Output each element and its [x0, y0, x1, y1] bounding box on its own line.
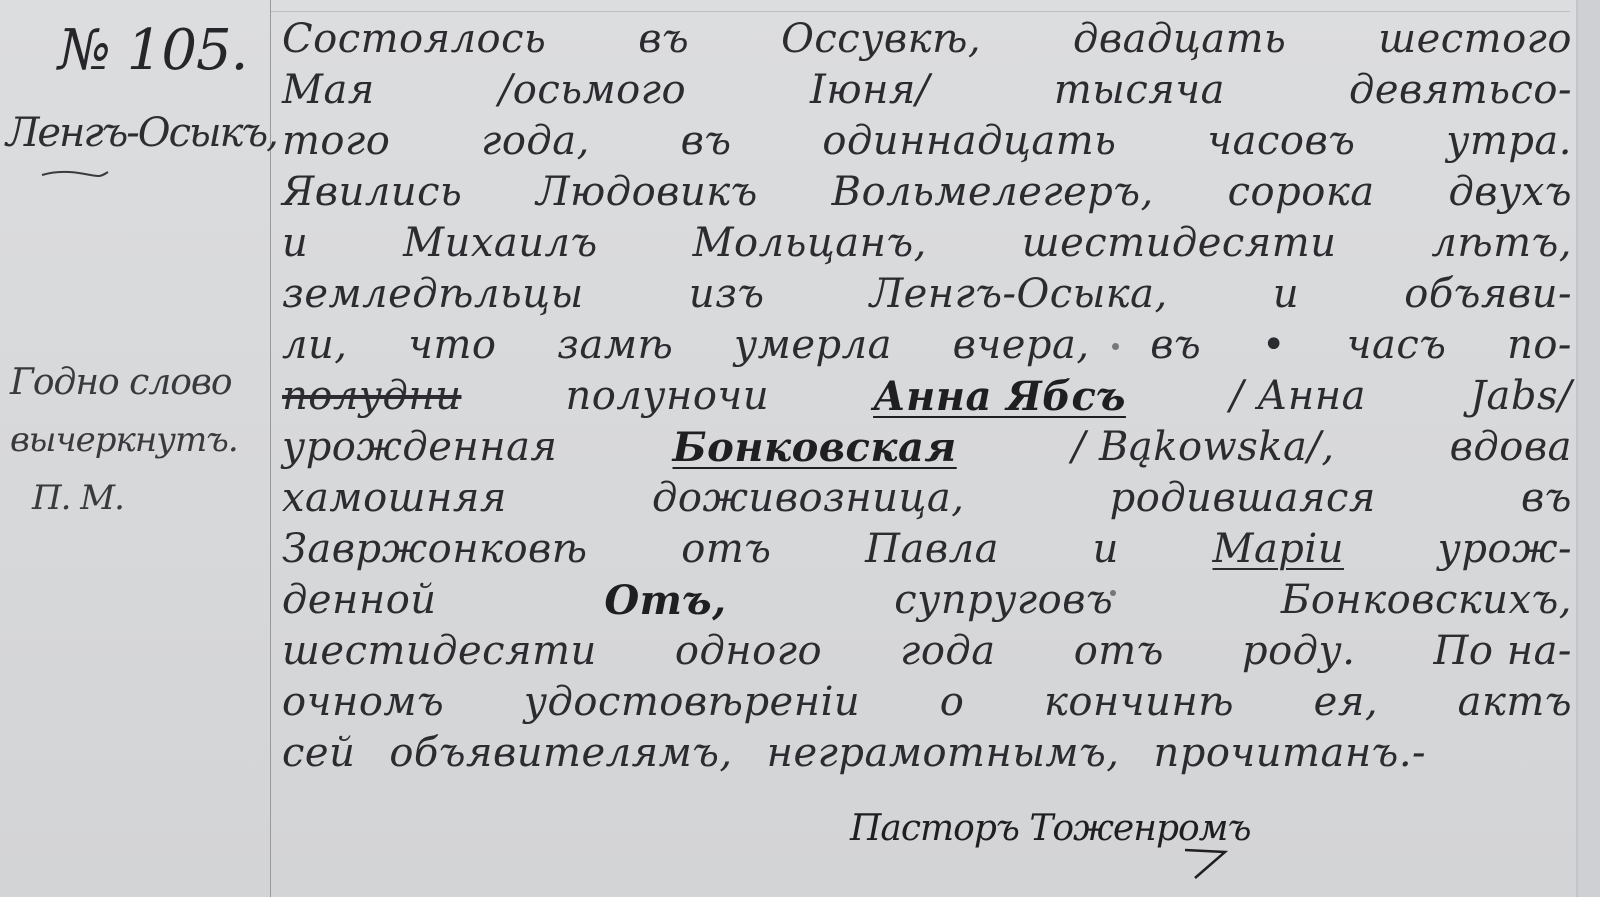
ink-blot	[1110, 590, 1116, 596]
word: родившаяся	[1110, 473, 1376, 524]
word: Jabs/	[1470, 371, 1572, 422]
word: утра.	[1446, 116, 1572, 167]
word: въ	[1521, 473, 1572, 524]
word: года,	[481, 116, 590, 167]
word: доживозница,	[652, 473, 964, 524]
mother-name: Маріи	[1213, 524, 1344, 575]
word: Осcувкѣ,	[781, 14, 981, 65]
ink-blot	[1112, 343, 1119, 350]
text-line-4: Явились Людовикъ Вольмелегеръ, сорока дв…	[282, 167, 1572, 218]
entry-number: № 105.	[58, 18, 247, 83]
word: / Анна	[1230, 371, 1366, 422]
word: супруговъ	[894, 575, 1113, 626]
correction-note-initials: П. М.	[32, 478, 124, 518]
word: очномъ	[282, 677, 444, 728]
top-rule	[270, 11, 1570, 12]
word: одиннадцать	[822, 116, 1116, 167]
word: урожденная	[282, 422, 557, 473]
word: Отъ,	[604, 575, 726, 626]
word: и	[1273, 269, 1299, 320]
text-line-2: Мая /осьмого Iюня/ тысяча девятьсо-	[282, 65, 1572, 116]
tilde-flourish-icon	[40, 168, 110, 180]
word: ли,	[282, 320, 347, 371]
word: роду.	[1242, 626, 1355, 677]
word: по-	[1507, 320, 1572, 371]
word: Мольцанъ,	[693, 218, 927, 269]
word: Людовикъ	[536, 167, 758, 218]
text-line-10: хамошняя доживозница, родившаяся въ	[282, 473, 1572, 524]
text-line-12: денной Отъ, супруговъ Бонковскихъ,	[282, 575, 1572, 626]
word: вчера,	[953, 320, 1090, 371]
word: объяви-	[1404, 269, 1572, 320]
word: денной	[282, 575, 437, 626]
text-line-1: Состоялось въ Осcувкѣ, двадцать шестого	[282, 14, 1572, 65]
text-line-14: очномъ удостовѣреніи о кончинѣ ея, актъ	[282, 677, 1572, 728]
text-line-13: шестидесяти одного года отъ роду. По на-	[282, 626, 1572, 677]
text-line-15: сей объявителямъ, неграмотнымъ, прочитан…	[282, 728, 1572, 779]
word: вдова	[1450, 422, 1572, 473]
word: земледѣльцы	[282, 269, 584, 320]
word: /осьмого	[499, 65, 686, 116]
word: одного	[675, 626, 822, 677]
word: часъ	[1347, 320, 1447, 371]
word: По на-	[1434, 626, 1572, 677]
word: того	[282, 116, 390, 167]
text-line-7: ли, что замѣ умерла вчера, въ • часъ по-	[282, 320, 1572, 371]
word: Михаилъ	[403, 218, 598, 269]
word: и	[1093, 524, 1119, 575]
word: Мая	[282, 65, 375, 116]
word: въ	[681, 116, 732, 167]
word: Бонковскихъ,	[1281, 575, 1572, 626]
text-line-9: урожденная Бонковская / Bąkowska/, вдова	[282, 422, 1572, 473]
word: неграмотнымъ,	[767, 728, 1120, 779]
word: Завржонковѣ	[282, 524, 588, 575]
word: Явились	[282, 167, 462, 218]
text-line-5: и Михаилъ Мольцанъ, шестидесяти лѣтъ,	[282, 218, 1572, 269]
word: объявителямъ,	[389, 728, 732, 779]
word: шестидесяти	[282, 626, 597, 677]
word: Вольмелегеръ,	[832, 167, 1154, 218]
word: девятьсо-	[1349, 65, 1572, 116]
word: Iюня/	[810, 65, 930, 116]
correction-note-line2: вычеркнутъ.	[10, 420, 238, 460]
text-line-6: земледѣльцы изъ Ленгъ-Осыка, и объяви-	[282, 269, 1572, 320]
word: года	[900, 626, 996, 677]
struck-word: полудни	[282, 371, 461, 422]
word: лѣтъ,	[1431, 218, 1572, 269]
word: двадцать	[1073, 14, 1286, 65]
word: тысяча	[1054, 65, 1225, 116]
word: прочитанъ.-	[1153, 728, 1426, 779]
word: въ	[1150, 320, 1201, 371]
word: часовъ	[1207, 116, 1355, 167]
word: сей	[282, 728, 355, 779]
word: / Bąkowska/,	[1072, 422, 1335, 473]
text-line-8: полудни полуночи Анна Ябсъ / Анна Jabs/	[282, 371, 1572, 422]
word: двухъ	[1448, 167, 1572, 218]
word: что	[408, 320, 496, 371]
word: Павла	[865, 524, 999, 575]
word: удостовѣреніи	[524, 677, 860, 728]
page-edge	[1578, 0, 1600, 897]
word: и	[282, 218, 308, 269]
signature-flourish-icon	[1180, 820, 1240, 880]
word: отъ	[681, 524, 771, 575]
text-line-11: Завржонковѣ отъ Павла и Маріи урож-	[282, 524, 1572, 575]
word: кончинѣ	[1044, 677, 1234, 728]
page-edge-line	[1576, 0, 1578, 897]
word: сорока	[1228, 167, 1375, 218]
word: въ	[638, 14, 689, 65]
word: Состоялось	[282, 14, 546, 65]
word: умерла	[734, 320, 892, 371]
word: урож-	[1438, 524, 1572, 575]
word: Ленгъ-Осыка,	[870, 269, 1168, 320]
correction-note-line1: Годно слово	[10, 362, 232, 403]
word: полуночи	[565, 371, 769, 422]
document-page: № 105. Ленгъ-Осыкъ, Годно слово вычеркну…	[0, 0, 1600, 897]
village-name: Ленгъ-Осыкъ,	[6, 110, 277, 156]
word: ея,	[1314, 677, 1378, 728]
word: отъ	[1074, 626, 1164, 677]
word: шестого	[1378, 14, 1572, 65]
word: замѣ	[557, 320, 673, 371]
record-body: Состоялось въ Осcувкѣ, двадцать шестого …	[282, 14, 1572, 779]
word: актъ	[1458, 677, 1572, 728]
word: шестидесяти	[1022, 218, 1337, 269]
word: хамошняя	[282, 473, 507, 524]
word: изъ	[689, 269, 765, 320]
text-line-3: того года, въ одиннадцать часовъ утра.	[282, 116, 1572, 167]
word: о	[940, 677, 965, 728]
ink-dot: •	[1262, 320, 1286, 371]
maiden-name: Бонковская	[672, 422, 956, 473]
deceased-name: Анна Ябсъ	[873, 371, 1126, 422]
